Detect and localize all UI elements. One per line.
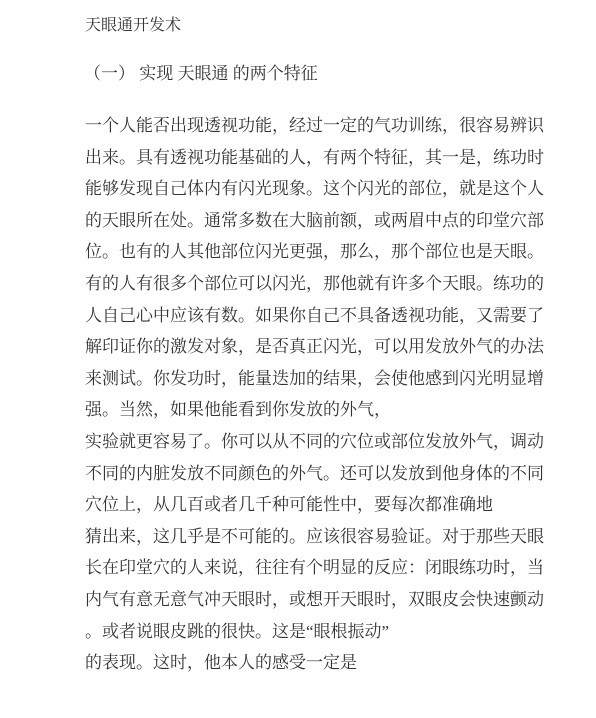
paragraph-line: 有的人有很多个部位可以闪光，那他就有许多个天眼。练功的	[85, 268, 544, 300]
paragraph-line: 长在印堂穴的人来说，往往有个明显的反应：闭眼练功时，当	[85, 552, 544, 584]
paragraph-line: 。或者说眼皮跳的很快。这是“眼根振动”	[85, 616, 544, 648]
paragraph-line: 强。当然，如果他能看到你发放的外气，	[85, 394, 544, 426]
section-heading: （一） 实现 天眼通 的两个特征	[84, 62, 318, 86]
paragraph-line: 的天眼所在处。通常多数在大脑前额，或两眉中点的印堂穴部	[85, 205, 544, 237]
paragraph-line: 来测试。你发功时，能量迭加的结果，会使他感到闪光明显增	[85, 363, 544, 395]
paragraph-line: 穴位上，从几百或者几千种可能性中，要每次都准确地	[85, 489, 544, 521]
paragraph-line: 能够发现自己体内有闪光现象。这个闪光的部位，就是这个人	[85, 173, 544, 205]
paragraph-line: 出来。具有透视功能基础的人，有两个特征，其一是，练功时	[85, 142, 544, 174]
paragraph-line: 猜出来，这几乎是不可能的。应该很容易验证。对于那些天眼	[85, 521, 544, 553]
paragraph-line: 解印证你的激发对象，是否真正闪光，可以用发放外气的办法	[85, 331, 544, 363]
paragraph-line: 的表现。这时，他本人的感受一定是	[85, 647, 544, 679]
paragraph: 一个人能否出现透视功能，经过一定的气功训练，很容易辨识 出来。具有透视功能基础的…	[85, 110, 544, 679]
paragraph-line: 实验就更容易了。你可以从不同的穴位或部位发放外气，调动	[85, 426, 544, 458]
paragraph-line: 一个人能否出现透视功能，经过一定的气功训练，很容易辨识	[85, 110, 544, 142]
document-page: 天眼通开发术 （一） 实现 天眼通 的两个特征 一个人能否出现透视功能，经过一定…	[0, 0, 596, 718]
paragraph-line: 不同的内脏发放不同颜色的外气。还可以发放到他身体的不同	[85, 458, 544, 490]
paragraph-line: 内气有意无意气冲天眼时，或想开天眼时，双眼皮会快速颤动	[85, 584, 544, 616]
paragraph-line: 人自己心中应该有数。如果你自己不具备透视功能，又需要了	[85, 300, 544, 332]
paragraph-line: 位。也有的人其他部位闪光更强，那么，那个部位也是天眼。	[85, 236, 544, 268]
document-title: 天眼通开发术	[85, 15, 181, 37]
